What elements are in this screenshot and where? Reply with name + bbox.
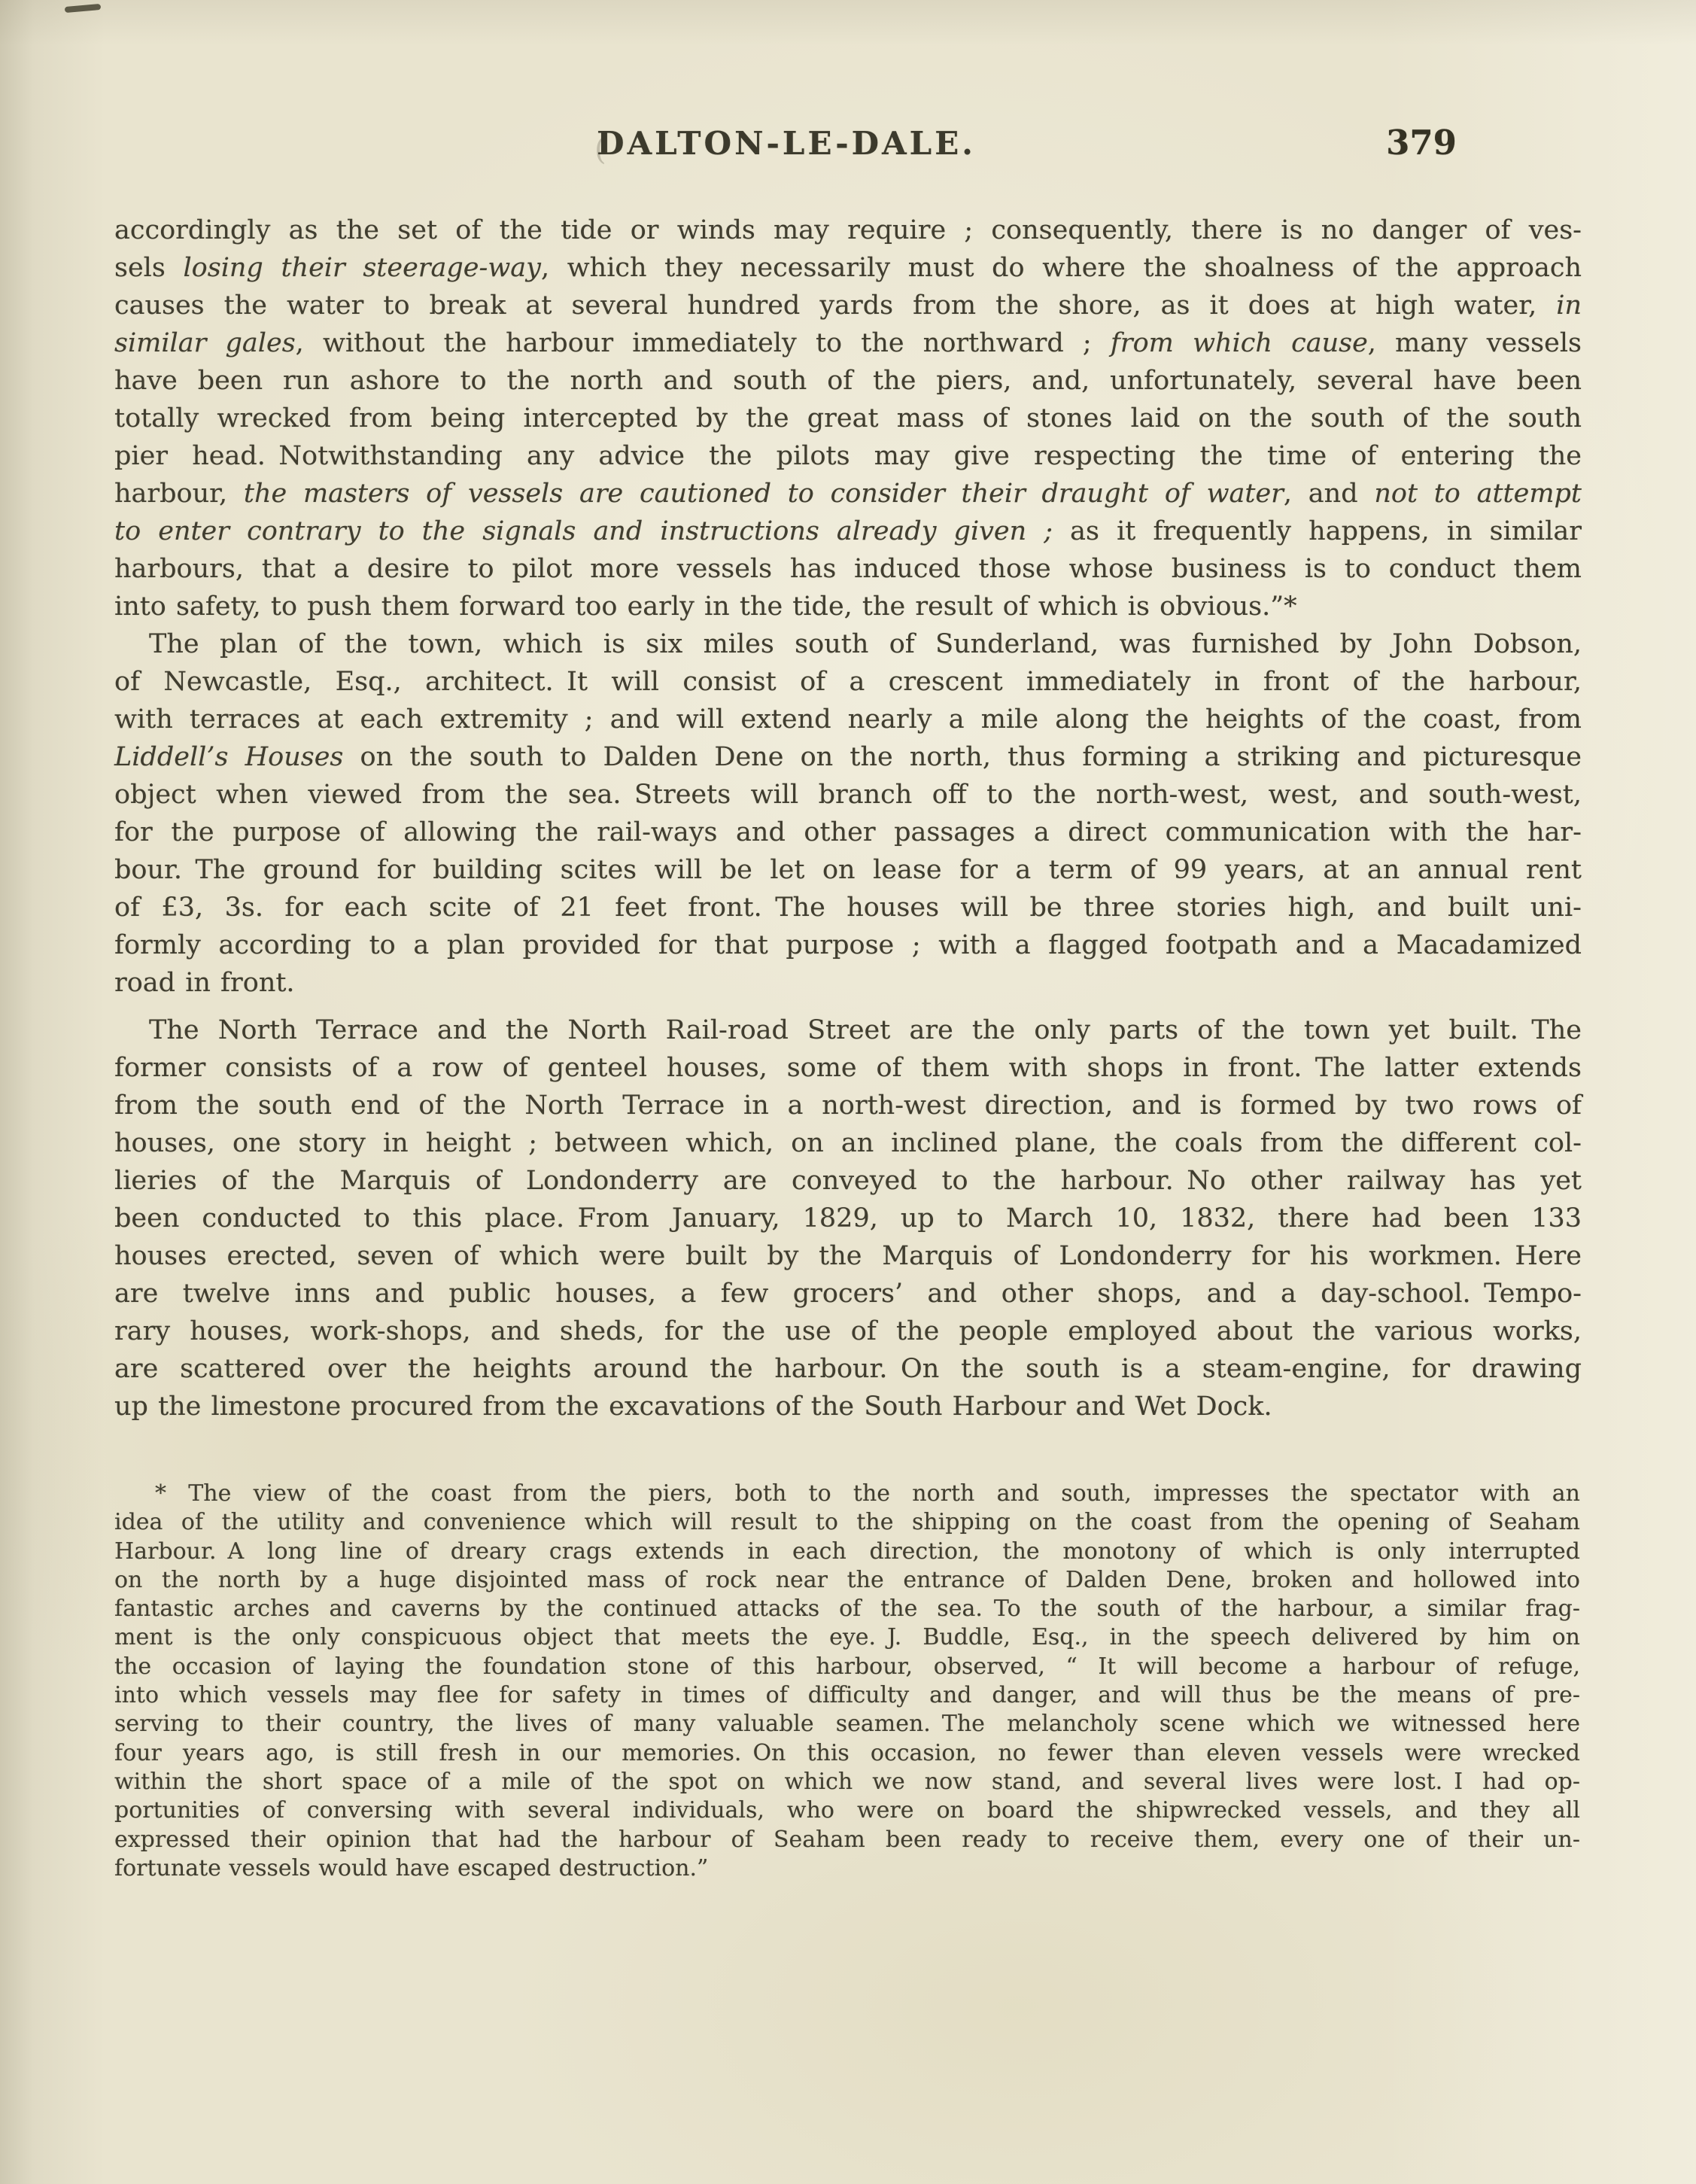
body-text: , and	[1284, 479, 1374, 509]
text-line: houses erected, seven of which were buil…	[114, 1237, 1582, 1275]
paragraph-continuation: accordingly as the set of the tide or wi…	[114, 211, 1582, 625]
body-text: , without the harbour immediately to the…	[296, 328, 1111, 358]
body-text: causes the water to break at several hun…	[114, 290, 1556, 321]
text-line: bour. The ground for building scites wil…	[114, 851, 1582, 889]
text-line: Harbour. A long line of dreary crags ext…	[114, 1538, 1580, 1566]
italic-text: in	[1556, 290, 1582, 321]
body-text: the occasion of laying the foundation st…	[114, 1653, 1580, 1680]
text-line: of Newcastle, Esq., architect. It will c…	[114, 663, 1582, 701]
text-line: ment is the only conspicuous object that…	[114, 1623, 1580, 1652]
text-line: within the short space of a mile of the …	[114, 1768, 1580, 1796]
body-text: * The view of the coast from the piers, …	[155, 1480, 1580, 1507]
body-text: formly according to a plan provided for …	[114, 930, 1582, 960]
text-line: Liddell’s Houses on the south to Dalden …	[114, 738, 1582, 776]
body-text: , many vessels	[1368, 328, 1582, 358]
body-text: up the limestone procured from the excav…	[114, 1392, 1272, 1422]
body-text: portunities of conversing with several i…	[114, 1797, 1580, 1824]
body-text: of £3, 3s. for each scite of 21 feet fro…	[114, 893, 1582, 923]
body-text: on the north by a huge disjointed mass o…	[114, 1567, 1580, 1593]
text-line: road in front.	[114, 964, 1582, 1002]
text-line: from the south end of the North Terrace …	[114, 1087, 1582, 1124]
text-line: rary houses, work-shops, and sheds, for …	[114, 1313, 1582, 1350]
body-text: fantastic arches and caverns by the cont…	[114, 1595, 1580, 1622]
text-line: on the north by a huge disjointed mass o…	[114, 1566, 1580, 1595]
italic-text: Liddell’s Houses	[114, 742, 343, 772]
text-line: similar gales, without the harbour immed…	[114, 324, 1582, 362]
italic-text: similar gales	[114, 328, 296, 358]
text-line: idea of the utility and convenience whic…	[114, 1508, 1580, 1537]
body-text: are twelve inns and public houses, a few…	[114, 1279, 1582, 1309]
text-line: to enter contrary to the signals and ins…	[114, 513, 1582, 550]
body-text: former consists of a row of genteel hous…	[114, 1053, 1582, 1083]
body-text: into which vessels may flee for safety i…	[114, 1682, 1580, 1708]
body-text: with terraces at each extremity ; and wi…	[114, 704, 1582, 735]
paragraph-town-plan: The plan of the town, which is six miles…	[114, 625, 1582, 1002]
italic-text: not to attempt	[1374, 479, 1582, 509]
body-text: sels	[114, 253, 183, 283]
text-line: with terraces at each extremity ; and wi…	[114, 701, 1582, 738]
body-text: road in front.	[114, 968, 295, 998]
text-line: been conducted to this place. From Janua…	[114, 1200, 1582, 1237]
main-text-block: accordingly as the set of the tide or wi…	[114, 211, 1582, 1425]
text-line: harbours, that a desire to pilot more ve…	[114, 550, 1582, 588]
paragraph-north-terrace: The North Terrace and the North Rail-roa…	[114, 1011, 1582, 1425]
body-text: harbour,	[114, 479, 244, 509]
body-text: houses, one story in height ; between wh…	[114, 1128, 1582, 1158]
body-text: on the south to Dalden Dene on the north…	[343, 742, 1582, 772]
text-line: into safety, to push them forward too ea…	[114, 588, 1582, 625]
text-line: expressed their opinion that had the har…	[114, 1826, 1580, 1854]
body-text: object when viewed from the sea. Streets…	[114, 780, 1582, 810]
body-text: four years ago, is still fresh in our me…	[114, 1740, 1580, 1766]
text-line: harbour, the masters of vessels are caut…	[114, 475, 1582, 513]
body-text: , which they necessarily must do where t…	[541, 253, 1582, 283]
text-line: are twelve inns and public houses, a few…	[114, 1275, 1582, 1313]
text-line: causes the water to break at several hun…	[114, 287, 1582, 324]
text-line: The plan of the town, which is six miles…	[114, 625, 1582, 663]
text-line: four years ago, is still fresh in our me…	[114, 1739, 1580, 1768]
text-line: * The view of the coast from the piers, …	[114, 1480, 1580, 1508]
text-line: lieries of the Marquis of Londonderry ar…	[114, 1162, 1582, 1200]
text-line: former consists of a row of genteel hous…	[114, 1049, 1582, 1087]
body-text: of Newcastle, Esq., architect. It will c…	[114, 667, 1582, 697]
body-text: Harbour. A long line of dreary crags ext…	[114, 1538, 1580, 1565]
body-text: within the short space of a mile of the …	[114, 1769, 1580, 1795]
scanned-book-page: ( DALTON-LE-DALE. 379 accordingly as the…	[0, 0, 1696, 2184]
italic-text: from which cause	[1111, 328, 1368, 358]
body-text: are scattered over the heights around th…	[114, 1354, 1582, 1384]
running-header-title: DALTON-LE-DALE.	[113, 125, 1460, 162]
text-line: The North Terrace and the North Rail-roa…	[114, 1011, 1582, 1049]
footnote-block: * The view of the coast from the piers, …	[114, 1480, 1580, 1883]
text-line: sels losing their steerage-way, which th…	[114, 249, 1582, 287]
body-text: rary houses, work-shops, and sheds, for …	[114, 1316, 1582, 1346]
text-line: fortunate vessels would have escaped des…	[114, 1854, 1580, 1883]
text-line: houses, one story in height ; between wh…	[114, 1124, 1582, 1162]
body-text: idea of the utility and convenience whic…	[114, 1509, 1580, 1535]
body-text: harbours, that a desire to pilot more ve…	[114, 554, 1582, 584]
text-line: pier head. Notwithstanding any advice th…	[114, 437, 1582, 475]
body-text: into safety, to push them forward too ea…	[114, 592, 1297, 622]
text-line: the occasion of laying the foundation st…	[114, 1653, 1580, 1681]
body-text: as it frequently happens, in similar	[1053, 516, 1582, 546]
body-text: been conducted to this place. From Janua…	[114, 1203, 1582, 1233]
body-text: bour. The ground for building scites wil…	[114, 855, 1582, 885]
body-text: from the south end of the North Terrace …	[114, 1090, 1582, 1121]
italic-text: losing their steerage-way	[183, 253, 540, 283]
body-text: The North Terrace and the North Rail-roa…	[149, 1015, 1582, 1045]
body-text: accordingly as the set of the tide or wi…	[114, 215, 1582, 245]
body-text: houses erected, seven of which were buil…	[114, 1241, 1582, 1271]
text-line: formly according to a plan provided for …	[114, 926, 1582, 964]
text-line: fantastic arches and caverns by the cont…	[114, 1595, 1580, 1623]
page-number: 379	[1386, 123, 1457, 163]
body-text: totally wrecked from being intercepted b…	[114, 403, 1582, 433]
text-line: for the purpose of allowing the rail-way…	[114, 814, 1582, 851]
text-line: totally wrecked from being intercepted b…	[114, 400, 1582, 437]
scan-artifact-mark	[65, 4, 102, 13]
text-line: object when viewed from the sea. Streets…	[114, 776, 1582, 814]
body-text: ment is the only conspicuous object that…	[114, 1624, 1580, 1650]
body-text: expressed their opinion that had the har…	[114, 1827, 1580, 1853]
italic-text: to enter contrary to the signals and ins…	[114, 516, 1053, 546]
text-line: portunities of conversing with several i…	[114, 1796, 1580, 1825]
text-line: have been run ashore to the north and so…	[114, 362, 1582, 400]
body-text: pier head. Notwithstanding any advice th…	[114, 441, 1582, 471]
body-text: fortunate vessels would have escaped des…	[114, 1855, 708, 1881]
text-line: accordingly as the set of the tide or wi…	[114, 211, 1582, 249]
text-line: up the limestone procured from the excav…	[114, 1388, 1582, 1425]
body-text: serving to their country, the lives of m…	[114, 1711, 1580, 1737]
body-text: for the purpose of allowing the rail-way…	[114, 817, 1582, 847]
text-line: are scattered over the heights around th…	[114, 1350, 1582, 1388]
body-text: The plan of the town, which is six miles…	[149, 629, 1582, 659]
body-text: lieries of the Marquis of Londonderry ar…	[114, 1166, 1582, 1196]
italic-text: the masters of vessels are cautioned to …	[244, 479, 1284, 509]
text-line: into which vessels may flee for safety i…	[114, 1681, 1580, 1710]
body-text: have been run ashore to the north and so…	[114, 366, 1582, 396]
text-line: serving to their country, the lives of m…	[114, 1710, 1580, 1738]
text-line: of £3, 3s. for each scite of 21 feet fro…	[114, 889, 1582, 926]
